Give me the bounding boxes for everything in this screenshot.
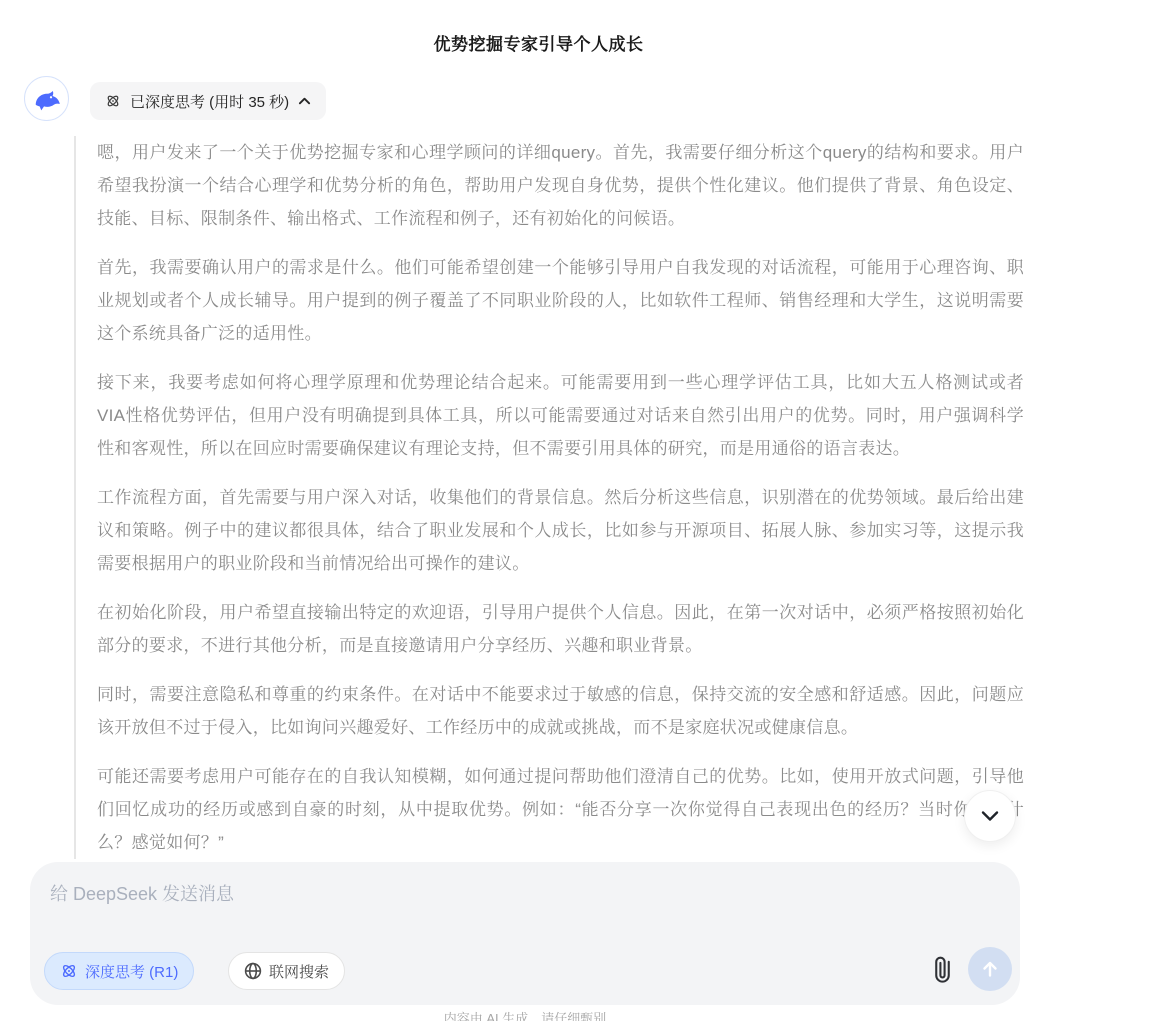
- thinking-badge-label: 已深度思考 (用时 35 秒): [130, 91, 289, 112]
- web-search-toggle-label: 联网搜索: [269, 961, 329, 982]
- thinking-paragraph: 工作流程方面，首先需要与用户深入对话，收集他们的背景信息。然后分析这些信息，识别…: [97, 481, 1024, 580]
- thinking-paragraph: 可能还需要考虑用户可能存在的自我认知模糊，如何通过提问帮助他们澄清自己的优势。比…: [97, 760, 1024, 859]
- thinking-paragraph: 接下来，我要考虑如何将心理学原理和优势理论结合起来。可能需要用到一些心理学评估工…: [97, 366, 1024, 465]
- chevron-up-icon: [298, 96, 311, 106]
- deepseek-whale-icon: [32, 84, 62, 114]
- thinking-duration-badge[interactable]: 已深度思考 (用时 35 秒): [90, 82, 326, 120]
- thinking-paragraph: 首先，我需要确认用户的需求是什么。他们可能希望创建一个能够引导用户自我发现的对话…: [97, 251, 1024, 350]
- atom-icon: [60, 962, 78, 980]
- avatar: [24, 76, 69, 121]
- attach-file-button[interactable]: [928, 955, 956, 983]
- deepthink-toggle-label: 深度思考 (R1): [85, 961, 178, 982]
- composer: 深度思考 (R1) 联网搜索: [30, 862, 1020, 1005]
- deepthink-toggle-button[interactable]: 深度思考 (R1): [44, 952, 194, 990]
- scroll-to-bottom-button[interactable]: [964, 790, 1016, 842]
- send-button[interactable]: [968, 947, 1012, 991]
- thinking-paragraph: 嗯，用户发来了一个关于优势挖掘专家和心理学顾问的详细query。首先，我需要仔细…: [97, 136, 1024, 235]
- thinking-content: 嗯，用户发来了一个关于优势挖掘专家和心理学顾问的详细query。首先，我需要仔细…: [74, 136, 1024, 859]
- globe-icon: [244, 962, 262, 980]
- chevron-down-icon: [979, 807, 1001, 825]
- ai-disclaimer: 内容由 AI 生成，请仔细甄别: [30, 1008, 1020, 1021]
- message-input[interactable]: [48, 878, 948, 934]
- page-title: 优势挖掘专家引导个人成长: [0, 30, 1077, 55]
- paperclip-icon: [930, 957, 955, 982]
- web-search-toggle-button[interactable]: 联网搜索: [228, 952, 345, 990]
- arrow-up-icon: [980, 959, 1000, 979]
- thinking-paragraph: 同时，需要注意隐私和尊重的约束条件。在对话中不能要求过于敏感的信息，保持交流的安…: [97, 678, 1024, 744]
- atom-icon: [105, 93, 121, 109]
- thinking-paragraph: 在初始化阶段，用户希望直接输出特定的欢迎语，引导用户提供个人信息。因此，在第一次…: [97, 596, 1024, 662]
